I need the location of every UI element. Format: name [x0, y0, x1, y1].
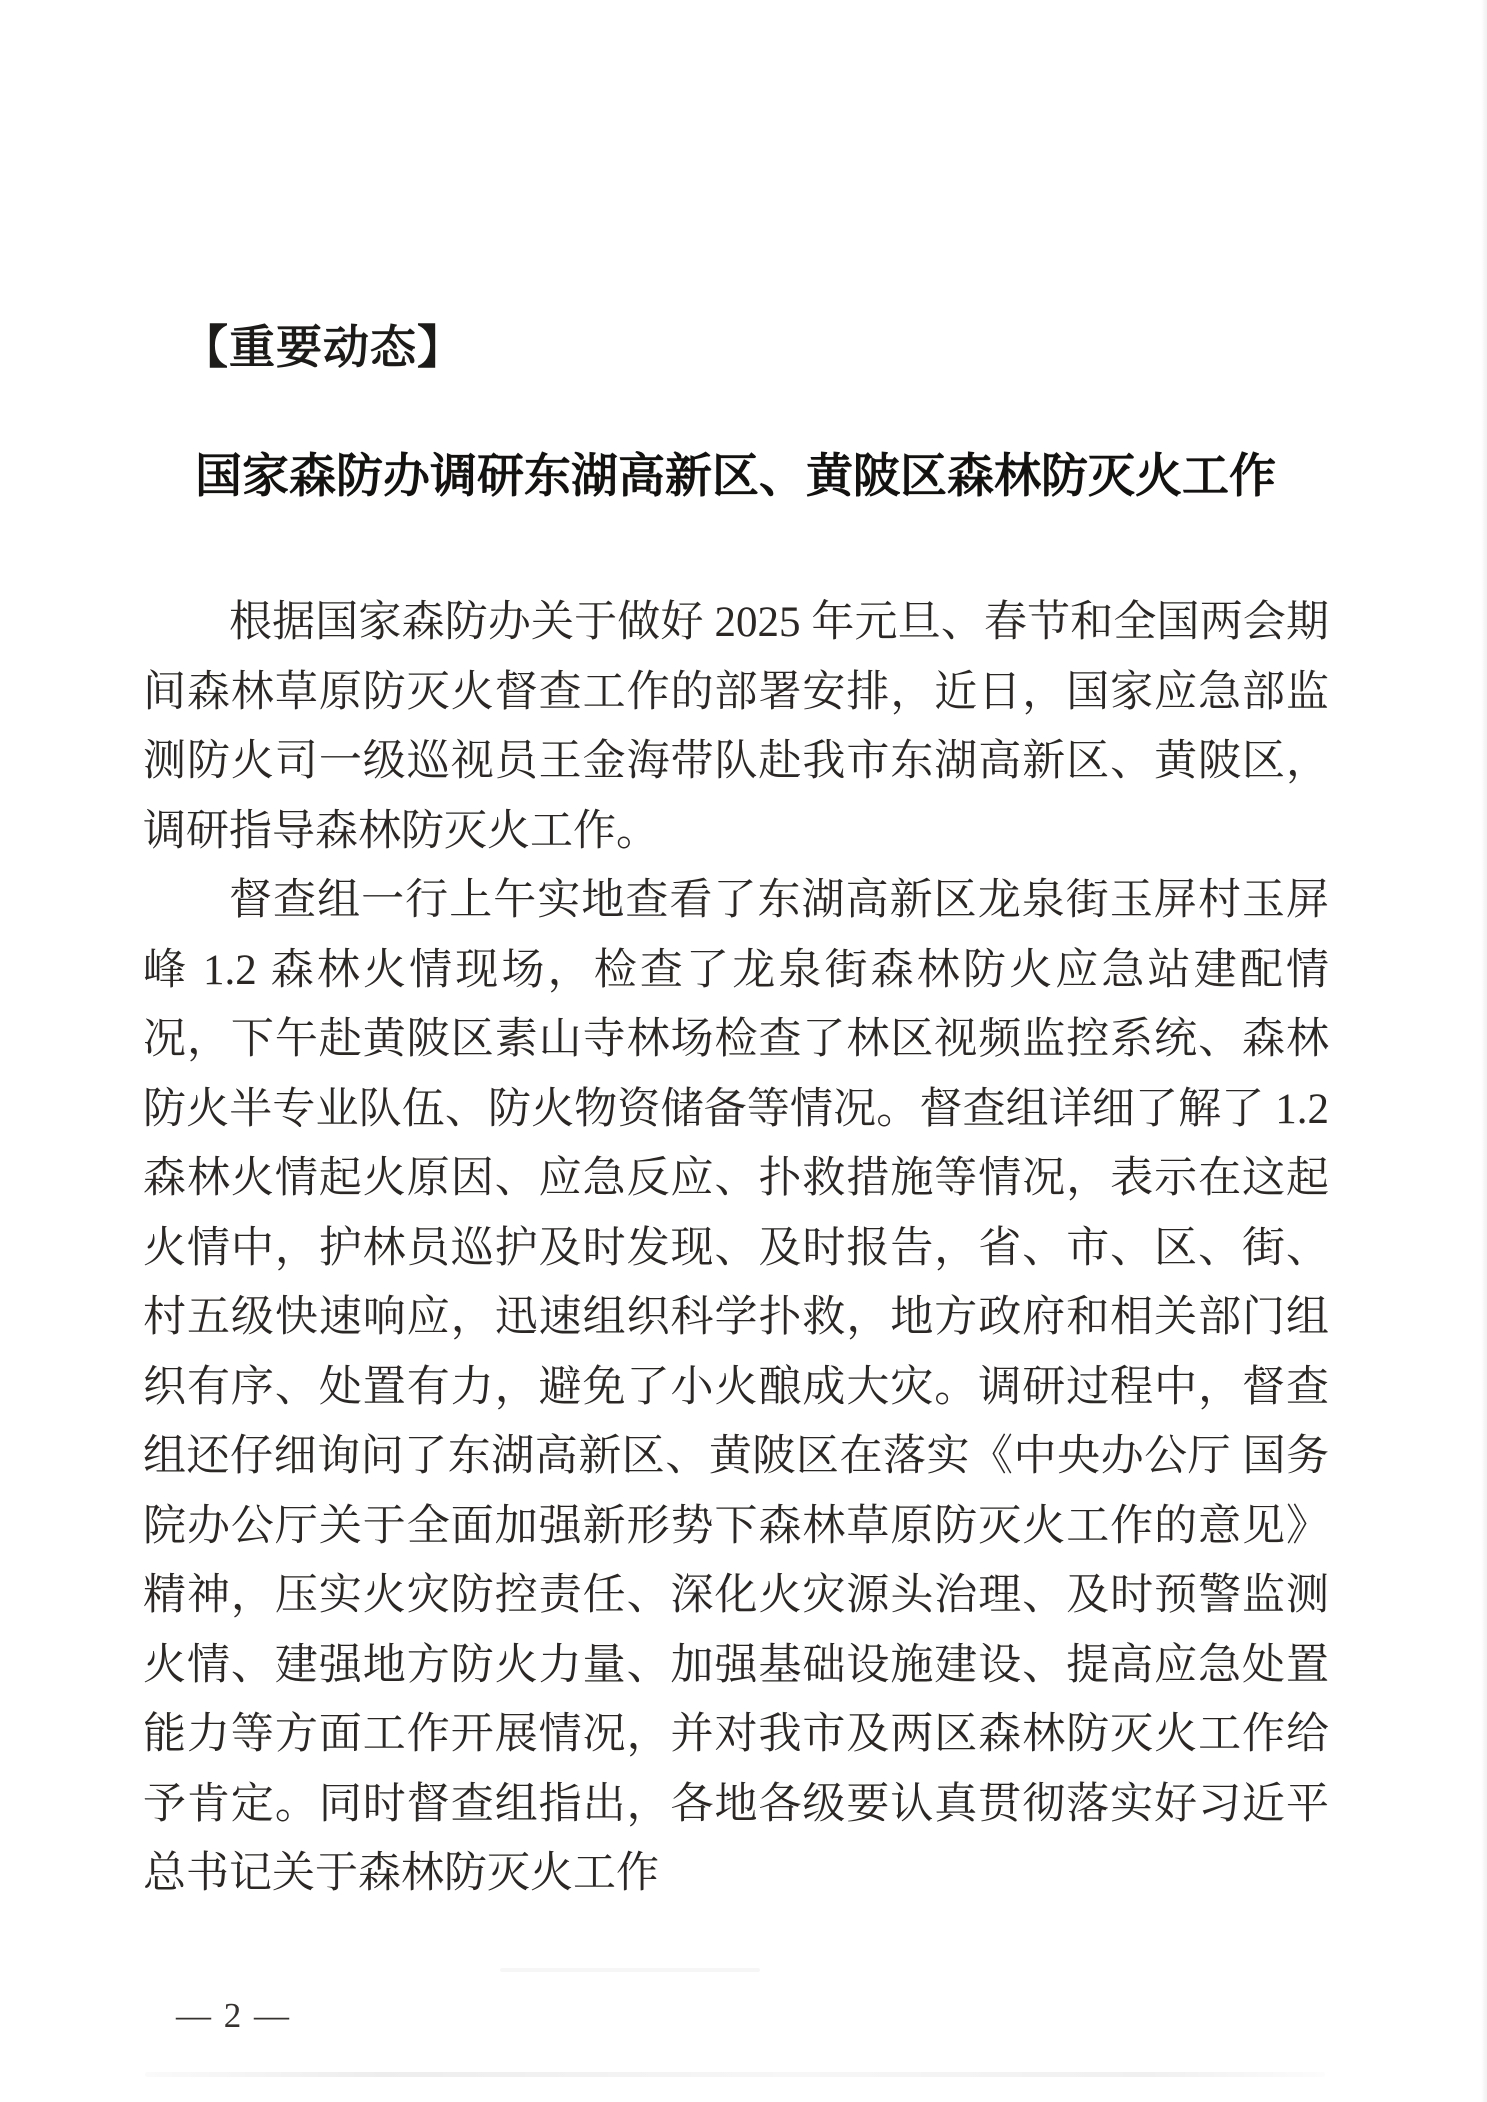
paragraph-2: 督查组一行上午实地查看了东湖高新区龙泉街玉屏村玉屏峰 1.2 森林火情现场，检查… [143, 866, 1329, 1909]
article-body: 根据国家森防办关于做好 2025 年元旦、春节和全国两会期间森林草原防灭火督查工… [143, 588, 1329, 1909]
article-title: 国家森防办调研东湖高新区、黄陂区森林防灭火工作 [0, 448, 1471, 504]
paragraph-1: 根据国家森防办关于做好 2025 年元旦、春节和全国两会期间森林草原防灭火督查工… [143, 588, 1329, 866]
document-page: 【重要动态】 国家森防办调研东湖高新区、黄陂区森林防灭火工作 根据国家森防办关于… [0, 0, 1487, 2102]
scan-artifact [500, 1968, 760, 1972]
page-number: — 2 — [176, 1996, 291, 2036]
scan-artifact [145, 2072, 1325, 2077]
scan-edge-shade [1481, 0, 1487, 2102]
section-header: 【重要动态】 [182, 322, 464, 374]
